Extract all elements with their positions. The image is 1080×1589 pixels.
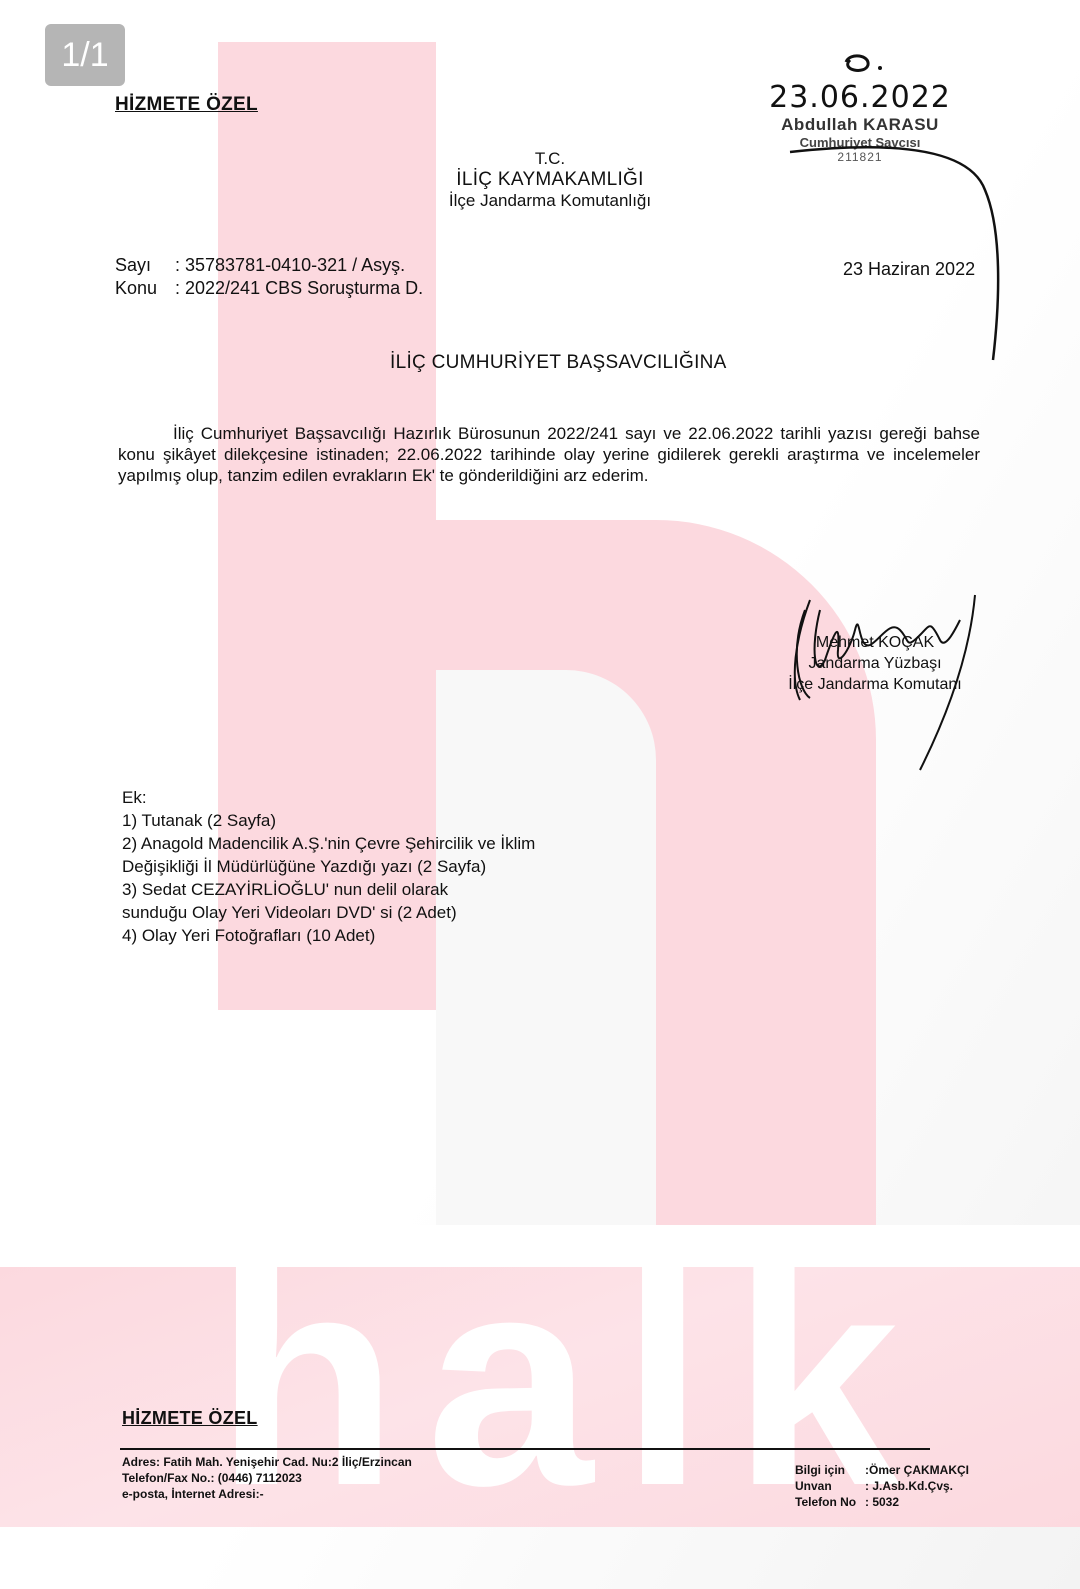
contact-value: : J.Asb.Kd.Çvş. (865, 1478, 953, 1494)
contact-value: :Ömer ÇAKMAKÇI (865, 1462, 969, 1478)
contact-key: Bilgi için (795, 1462, 865, 1478)
classification-bottom: HİZMETE ÖZEL (122, 1408, 258, 1429)
letterhead: T.C. İLİÇ KAYMAKAMLIĞI İlçe Jandarma Kom… (400, 148, 700, 211)
meta-key: Konu (115, 277, 175, 300)
body-paragraph: İliç Cumhuriyet Başsavcılığı Hazırlık Bü… (118, 423, 980, 486)
attachments-list: Ek: 1) Tutanak (2 Sayfa) 2) Anagold Made… (122, 786, 535, 947)
meta-row-subject: Konu : 2022/241 CBS Soruşturma D. (115, 277, 423, 300)
attachment-item: 4) Olay Yeri Fotoğrafları (10 Adet) (122, 924, 535, 947)
attachments-label: Ek: (122, 786, 535, 809)
contact-row: Bilgi için :Ömer ÇAKMAKÇI (795, 1462, 969, 1478)
contact-row: Unvan : J.Asb.Kd.Çvş. (795, 1478, 969, 1494)
meta-value: : 2022/241 CBS Soruşturma D. (175, 277, 423, 300)
attachment-item: 1) Tutanak (2 Sayfa) (122, 809, 535, 832)
footer-email-line: e-posta, İnternet Adresi:- (122, 1486, 412, 1502)
footer-phone-line: Telefon/Fax No.: (0446) 7112023 (122, 1470, 412, 1486)
footer-address: Adres: Fatih Mah. Yenişehir Cad. Nu:2 İl… (122, 1454, 412, 1502)
contact-row: Telefon No : 5032 (795, 1494, 969, 1510)
classification-top: HİZMETE ÖZEL (115, 94, 258, 116)
letterhead-line3: İlçe Jandarma Komutanlığı (400, 190, 700, 211)
letterhead-line2: İLİÇ KAYMAKAMLIĞI (400, 169, 700, 190)
addressee: İLİÇ CUMHURİYET BAŞSAVCILIĞINA (390, 352, 727, 374)
attachment-item: sunduğu Olay Yeri Videoları DVD' si (2 A… (122, 901, 535, 924)
contact-value: : 5032 (865, 1494, 899, 1510)
contact-key: Telefon No (795, 1494, 865, 1510)
attachment-item: 2) Anagold Madencilik A.Ş.'nin Çevre Şeh… (122, 832, 535, 855)
document-meta: Sayı : 35783781-0410-321 / Asyş. Konu : … (115, 254, 423, 300)
meta-row-number: Sayı : 35783781-0410-321 / Asyş. (115, 254, 423, 277)
signature-icon (780, 590, 990, 780)
meta-value: : 35783781-0410-321 / Asyş. (175, 254, 405, 277)
footer-contact: Bilgi için :Ömer ÇAKMAKÇI Unvan : J.Asb.… (795, 1462, 969, 1510)
attachment-item: 3) Sedat CEZAYİRLİOĞLU' nun delil olarak (122, 878, 535, 901)
footer-address-line: Adres: Fatih Mah. Yenişehir Cad. Nu:2 İl… (122, 1454, 412, 1470)
page-counter: 1/1 (45, 24, 125, 86)
meta-key: Sayı (115, 254, 175, 277)
letterhead-line1: T.C. (400, 148, 700, 169)
watermark-h-counter (436, 670, 656, 1230)
attachment-item: Değişikliği İl Müdürlüğüne Yazdığı yazı … (122, 855, 535, 878)
stamp-signature-icon (780, 40, 1020, 370)
contact-key: Unvan (795, 1478, 865, 1494)
footer-divider (120, 1448, 930, 1450)
